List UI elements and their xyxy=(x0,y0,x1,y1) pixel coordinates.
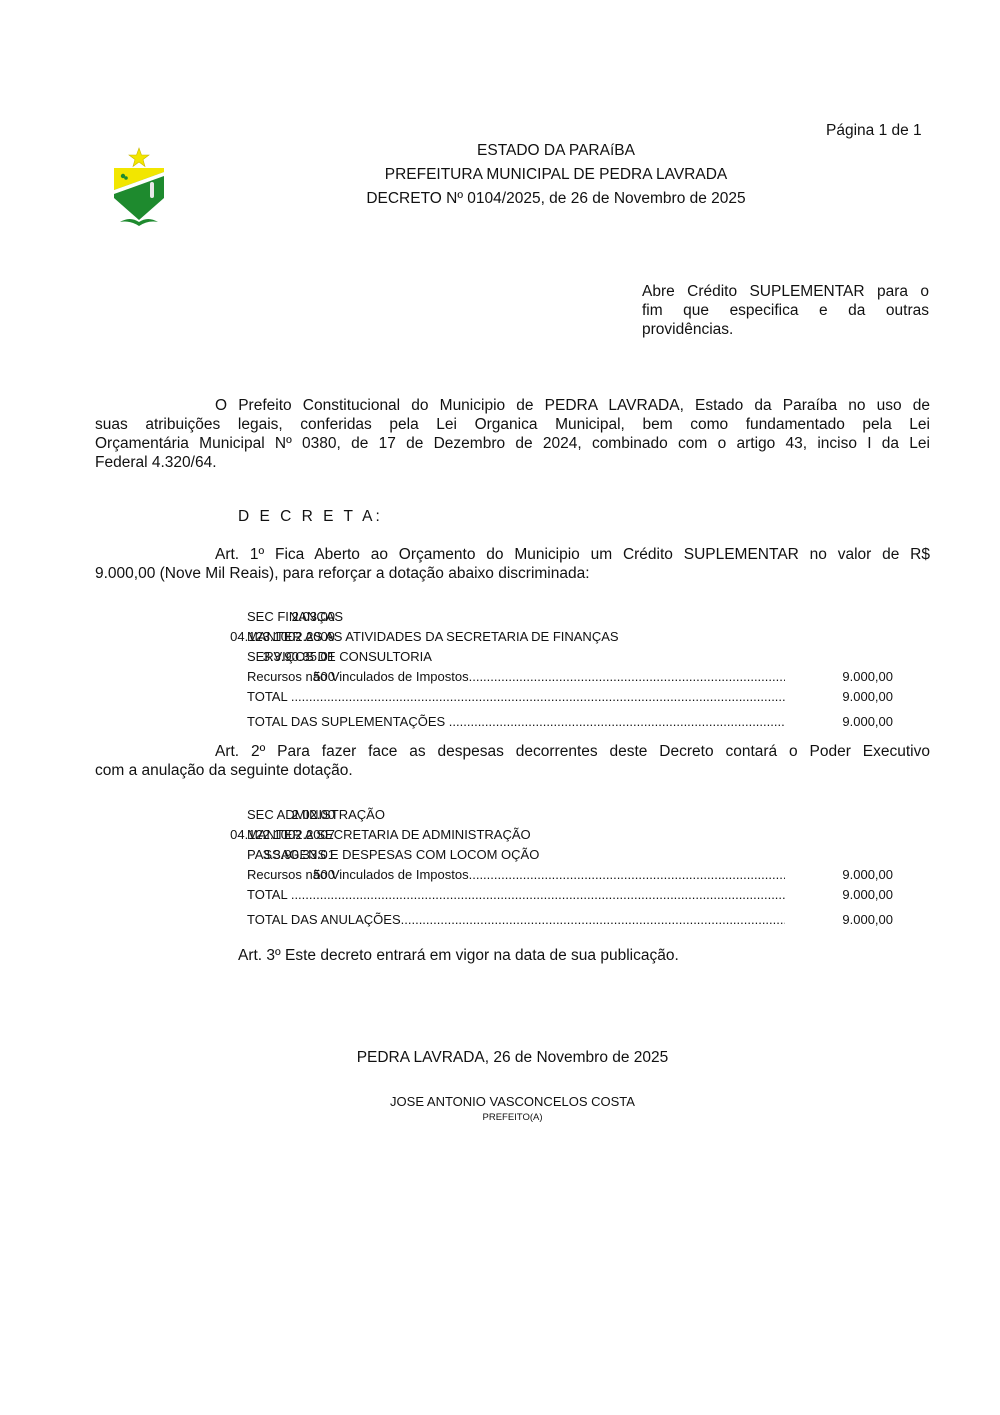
total-label: TOTAL ..................................… xyxy=(247,689,785,704)
decree-title: DECRETO Nº 0104/2025, de 26 de Novembro … xyxy=(300,190,812,208)
total-label: TOTAL ..................................… xyxy=(247,887,785,902)
decreta-label: D E C R E T A: xyxy=(238,508,383,526)
municipality-heading: PREFEITURA MUNICIPAL DE PEDRA LAVRADA xyxy=(300,166,812,184)
coat-of-arms-icon xyxy=(106,146,172,230)
total-row: TOTAL ..................................… xyxy=(95,689,945,705)
article-2-line: com a anulação da seguinte dotação. xyxy=(95,761,930,780)
total-row: TOTAL ..................................… xyxy=(95,887,945,903)
grand-total-text: TOTAL DAS SUPLEMENTAÇÕES xyxy=(247,714,449,729)
preamble-line: Federal 4.320/64. xyxy=(95,453,930,472)
page-indicator: Página 1 de 1 xyxy=(826,122,922,140)
article-2: Art. 2º Para fazer face as despesas deco… xyxy=(95,742,930,780)
source-description: Recursos não Vinculados de Impostos.....… xyxy=(247,867,785,882)
budget-description: MANTER A SECRETARIA DE ADMINISTRAÇÃO xyxy=(247,827,531,842)
grand-total-label: TOTAL DAS ANULAÇÕES.....................… xyxy=(247,912,785,927)
source-value: 9.000,00 xyxy=(840,867,893,882)
source-label: Recursos não Vinculados de Impostos xyxy=(247,867,469,882)
table-row: 3.3.90.33.01 PASSAGENS E DESPESAS COM LO… xyxy=(95,847,945,863)
summary-line: Abre Crédito SUPLEMENTAR para o xyxy=(642,282,929,301)
grand-total-row: TOTAL DAS ANULAÇÕES.....................… xyxy=(95,912,945,928)
dot-leader: ........................................… xyxy=(401,912,785,927)
summary-line: providências. xyxy=(642,320,929,339)
article-1: Art. 1º Fica Aberto ao Orçamento do Muni… xyxy=(95,545,930,583)
signer-role: PREFEITO(A) xyxy=(300,1112,725,1123)
grand-total-text: TOTAL DAS ANULAÇÕES xyxy=(247,912,401,927)
article-3: Art. 3º Este decreto entrará em vigor na… xyxy=(238,947,679,965)
table-row: 3.3.90.35.01 SERVIÇOS DE CONSULTORIA xyxy=(95,649,945,665)
dot-leader: ........................................… xyxy=(291,689,785,704)
source-value: 9.000,00 xyxy=(840,669,893,684)
grand-total-label: TOTAL DAS SUPLEMENTAÇÕES ...............… xyxy=(247,714,785,729)
dot-leader: ........................................… xyxy=(469,867,785,882)
dot-leader: ........................................… xyxy=(469,669,785,684)
source-row: 500 Recursos não Vinculados de Impostos.… xyxy=(95,867,945,883)
place-and-date: PEDRA LAVRADA, 26 de Novembro de 2025 xyxy=(300,1049,725,1067)
source-label: Recursos não Vinculados de Impostos xyxy=(247,669,469,684)
preamble-line: O Prefeito Constitucional do Municipio d… xyxy=(95,396,930,415)
grand-total-value: 9.000,00 xyxy=(840,714,893,729)
article-1-line: Art. 1º Fica Aberto ao Orçamento do Muni… xyxy=(95,545,930,564)
state-heading: ESTADO DA PARAíBA xyxy=(300,142,812,160)
preamble-line: Orçamentária Municipal Nº 0380, de 17 de… xyxy=(95,434,930,453)
summary-line: fim que especifica e da outras xyxy=(642,301,929,320)
budget-description: SEC FINANÇAS xyxy=(247,609,343,624)
budget-description: SEC ADMINISTRAÇÃO xyxy=(247,807,385,822)
source-description: Recursos não Vinculados de Impostos.....… xyxy=(247,669,785,684)
source-row: 500 Recursos não Vinculados de Impostos.… xyxy=(95,669,945,685)
total-value: 9.000,00 xyxy=(840,887,893,902)
total-value: 9.000,00 xyxy=(840,689,893,704)
article-2-line: Art. 2º Para fazer face as despesas deco… xyxy=(95,742,930,761)
decree-summary: Abre Crédito SUPLEMENTAR para o fim que … xyxy=(642,282,929,339)
total-text: TOTAL xyxy=(247,689,291,704)
table-row: 2.03.00 SEC FINANÇAS xyxy=(95,609,945,625)
signer-name: JOSE ANTONIO VASCONCELOS COSTA xyxy=(300,1094,725,1109)
budget-description: PASSAGENS E DESPESAS COM LOCOM OÇÃO xyxy=(247,847,539,862)
preamble-line: suas atribuições legais, conferidas pela… xyxy=(95,415,930,434)
article-1-line: 9.000,00 (Nove Mil Reais), para reforçar… xyxy=(95,564,930,583)
grand-total-row: TOTAL DAS SUPLEMENTAÇÕES ...............… xyxy=(95,714,945,730)
total-text: TOTAL xyxy=(247,887,291,902)
budget-description: SERVIÇOS DE CONSULTORIA xyxy=(247,649,432,664)
dot-leader: ........................................… xyxy=(449,714,785,729)
table-row: 2.02.00 SEC ADMINISTRAÇÃO xyxy=(95,807,945,823)
budget-description: MANTER AS AS ATIVIDADES DA SECRETARIA DE… xyxy=(247,629,619,644)
table-row: 04.123.1002.2009 MANTER AS AS ATIVIDADES… xyxy=(95,629,945,645)
dot-leader: ........................................… xyxy=(291,887,785,902)
preamble-paragraph: O Prefeito Constitucional do Municipio d… xyxy=(95,396,930,472)
grand-total-value: 9.000,00 xyxy=(840,912,893,927)
table-row: 04.122.1002.2007 MANTER A SECRETARIA DE … xyxy=(95,827,945,843)
coat-of-arms-logo xyxy=(106,146,172,230)
